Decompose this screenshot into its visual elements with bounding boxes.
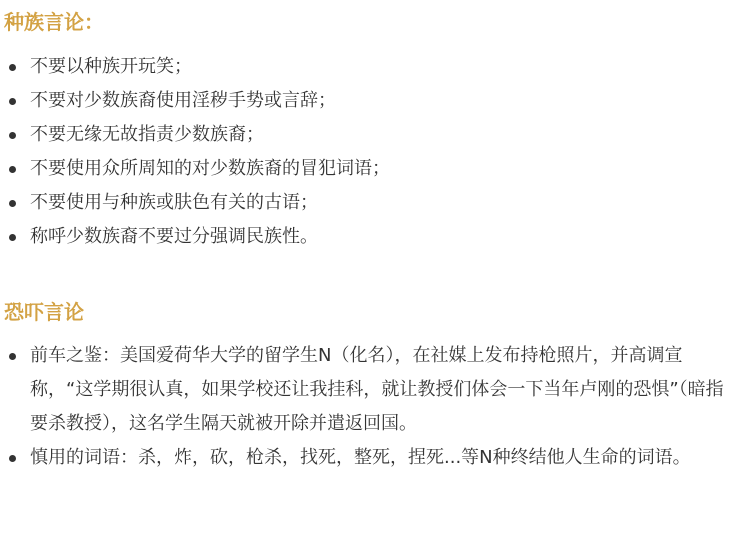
article-content: 种族言论： 不要以种族开玩笑； 不要对少数族裔使用淫秽手势或言辞； 不要无缘无故… xyxy=(0,0,746,553)
threatening-remarks-list: 前车之鉴：美国爱荷华大学的留学生N（化名），在社媒上发布持枪照片，并高调宣称，“… xyxy=(0,339,740,475)
list-item: 慎用的词语：杀，炸，砍，枪杀，找死，整死，捏死...等N种终结他人生命的词语。 xyxy=(0,441,740,475)
list-item: 前车之鉴：美国爱荷华大学的留学生N（化名），在社媒上发布持枪照片，并高调宣称，“… xyxy=(0,339,740,441)
list-item-text: 不要以种族开玩笑； xyxy=(30,56,192,77)
bullet-icon xyxy=(9,200,16,207)
list-item: 不要无缘无故指责少数族裔； xyxy=(0,118,740,152)
racial-remarks-list: 不要以种族开玩笑； 不要对少数族裔使用淫秽手势或言辞； 不要无缘无故指责少数族裔… xyxy=(0,50,740,254)
bullet-icon xyxy=(9,132,16,139)
bullet-icon xyxy=(9,234,16,241)
list-item-text: 称呼少数族裔不要过分强调民族性。 xyxy=(30,226,318,247)
list-item: 不要以种族开玩笑； xyxy=(0,50,740,84)
bullet-icon xyxy=(9,64,16,71)
list-item: 称呼少数族裔不要过分强调民族性。 xyxy=(0,220,740,254)
bullet-icon xyxy=(9,166,16,173)
section-heading-racial-remarks: 种族言论： xyxy=(4,8,104,36)
bullet-icon xyxy=(9,98,16,105)
bullet-icon xyxy=(9,353,16,360)
list-item: 不要使用众所周知的对少数族裔的冒犯词语； xyxy=(0,152,740,186)
list-item-text: 不要使用众所周知的对少数族裔的冒犯词语； xyxy=(30,158,390,179)
list-item: 不要使用与种族或肤色有关的古语； xyxy=(0,186,740,220)
bullet-icon xyxy=(9,455,16,462)
list-item-text: 不要对少数族裔使用淫秽手势或言辞； xyxy=(30,90,336,111)
list-item-text: 前车之鉴：美国爱荷华大学的留学生N（化名），在社媒上发布持枪照片，并高调宣称，“… xyxy=(30,345,724,434)
list-item-text: 慎用的词语：杀，炸，砍，枪杀，找死，整死，捏死...等N种终结他人生命的词语。 xyxy=(30,447,691,468)
section-heading-threatening-remarks: 恐吓言论 xyxy=(4,298,84,326)
list-item-text: 不要使用与种族或肤色有关的古语； xyxy=(30,192,318,213)
list-item: 不要对少数族裔使用淫秽手势或言辞； xyxy=(0,84,740,118)
list-item-text: 不要无缘无故指责少数族裔； xyxy=(30,124,264,145)
